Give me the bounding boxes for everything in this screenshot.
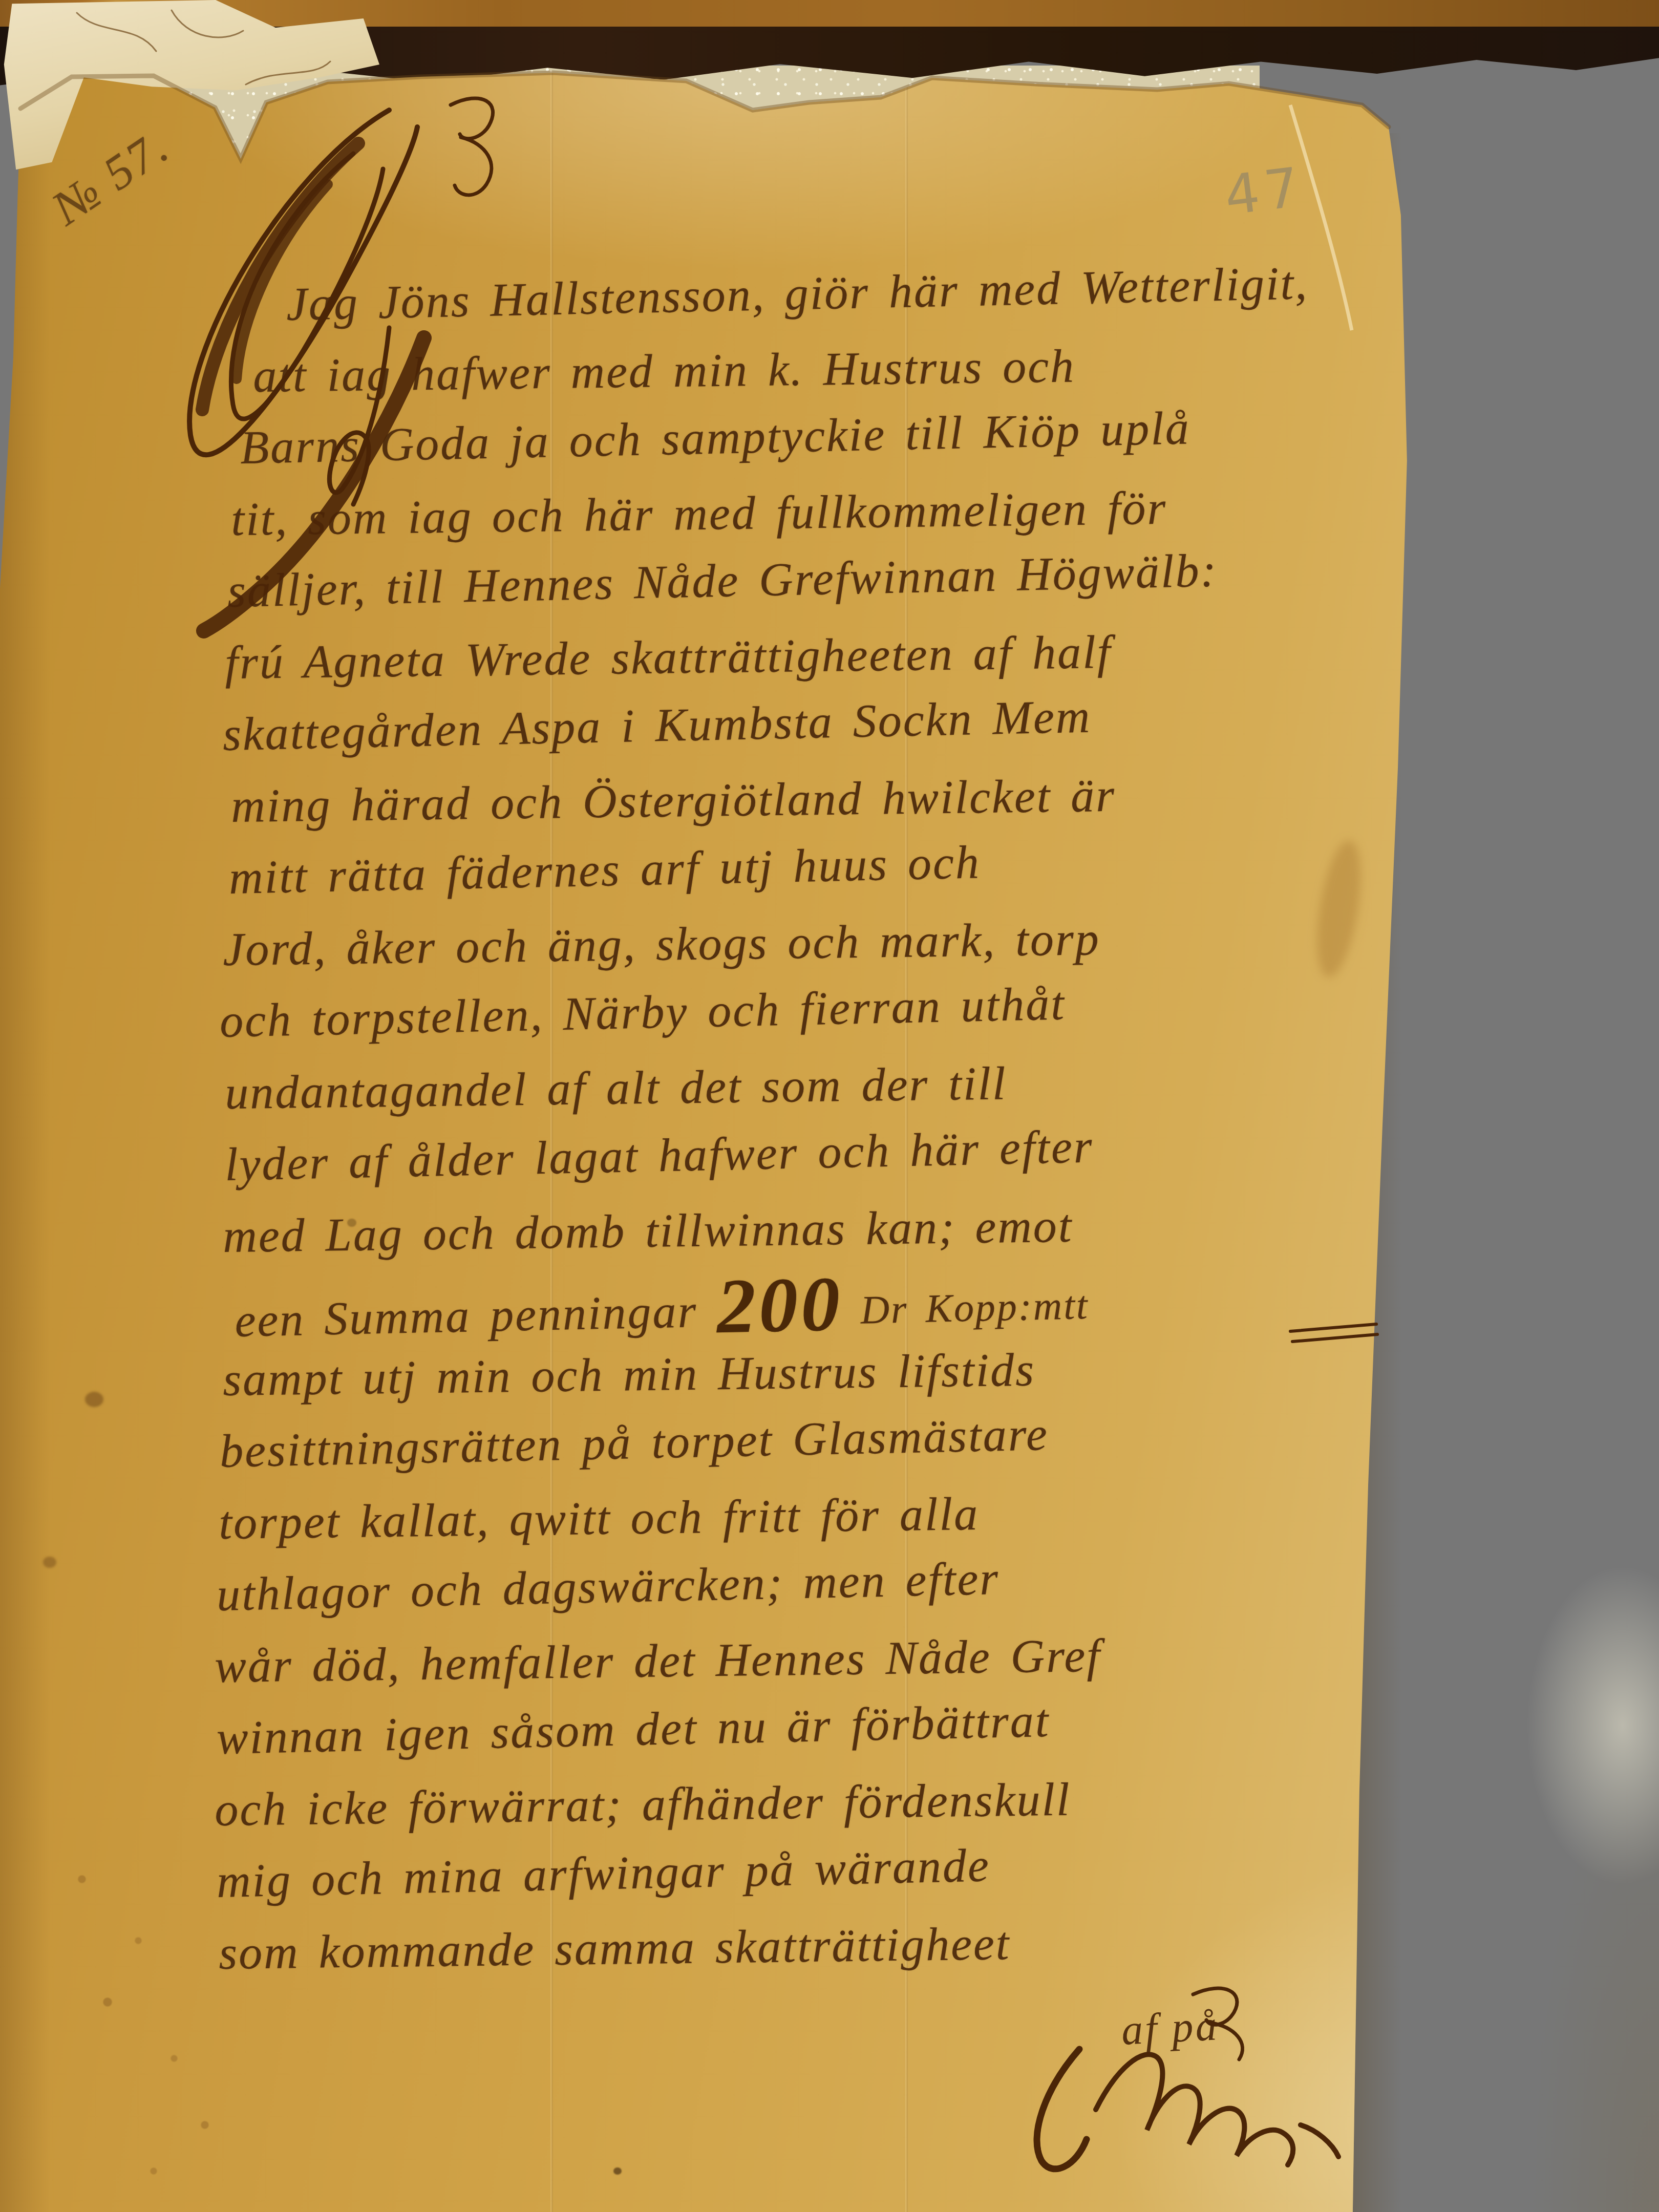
stain (43, 1557, 56, 1568)
amount-prefix: een Summa penningar (235, 1284, 718, 1347)
text-line: undantagandel af alt det som der till (225, 1059, 1007, 1116)
amount-suffix: Dr Kopp:mtt (842, 1283, 1089, 1332)
text-line: frú Agneta Wrede skatträttigheeten af ha… (225, 628, 1112, 686)
text-line: besittningsrätten på torpet Glasmästare (219, 1410, 1049, 1475)
amount-value: 200 (716, 1261, 843, 1349)
text-line: sampt utj min och min Hustrus lifstids (223, 1346, 1036, 1403)
photograph-of-manuscript: № 57. 47 Jag Jöns Hallstensson, giör här… (0, 0, 1659, 2212)
text-line: med Lag och domb tillwinnas kan; emot (223, 1202, 1073, 1260)
text-line: Jord, åker och äng, skogs och mark, torp (223, 915, 1100, 973)
text-line: mitt rätta fädernes arf utj huus och (228, 838, 981, 901)
stain (1309, 838, 1368, 980)
text-line: torpet kallat, qwitt och fritt för alla (219, 1490, 980, 1546)
text-line: och icke förwärrat; afhänder fördenskull (215, 1776, 1071, 1833)
text-line: mig och mina arfwingar på wärande (216, 1841, 991, 1905)
archival-number: № 57. (42, 118, 179, 236)
folio-number-pencil: 47 (1221, 155, 1308, 227)
text-line: winnan igen såsom det nu är förbättrat (216, 1697, 1050, 1761)
text-line: uthlagor och dagswärcken; men efter (216, 1555, 1000, 1618)
text-line: wår död, hemfaller det Hennes Nåde Gref (215, 1632, 1101, 1690)
text-line: Jag Jöns Hallstensson, giör här med Wett… (286, 259, 1309, 328)
text-line: sälljer, till Hennes Nåde Grefwinnan Hög… (227, 547, 1218, 614)
text-line-amount: een Summa penningar 200 Dr Kopp:mtt (234, 1260, 1090, 1355)
text-line: som kommande samma skatträttigheet (219, 1920, 1011, 1976)
text-line: skattegården Aspa i Kumbsta Sockn Mem (222, 692, 1092, 758)
text-line: lyder af ålder lagat hafwer och här efte… (224, 1122, 1094, 1188)
stain (613, 2167, 622, 2175)
text-line: att iag hafwer med min k. Hustrus och (253, 342, 1076, 399)
backdrop-highlight (1477, 1548, 1659, 1902)
text-line: och torpstellen, Närby och fierran uthåt (219, 980, 1066, 1045)
stain (85, 1392, 103, 1407)
text-line: Barns Goda ja och samptyckie till Kiöp u… (240, 404, 1191, 471)
text-line: ming härad och Östergiötland hwilcket är (231, 772, 1116, 829)
closing-words: af på (1120, 2001, 1220, 2055)
text-line: tit, som iag och här med fullkommeligen … (231, 484, 1167, 543)
